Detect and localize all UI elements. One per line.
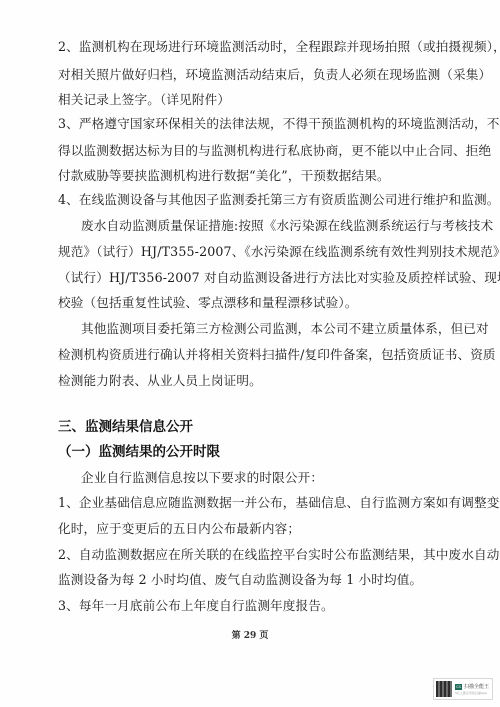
paragraph-line: 2、自动监测数据应在所关联的在线监控平台实时公布监测结果，其中废水自动 [58,547,448,563]
camscanner-logo-icon: CS [455,684,462,690]
scanner-watermark: CS 扫描全能王 3亿人都在用的扫描App [433,678,493,700]
paragraph-line: 4、在线监测设备与其他因子监测委托第三方有资质监测公司进行维护和监测。 [58,192,448,208]
watermark-tagline: 3亿人都在用的扫描App [455,691,489,695]
paragraph-line: 废水自动监测质量保证措施:按照《水污染源在线监测系统运行与考核技术 [81,218,471,234]
subsection-heading: （一）监测结果的公开时限 [58,443,220,461]
watermark-app-name: 扫描全能王 [464,683,489,690]
paragraph-line: 化时，应于变更后的五日内公布最新内容； [58,521,448,537]
paragraph-line: 2、监测机构在现场进行环境监测活动时，全程跟踪并现场拍照（或拍摄视频）， [58,39,448,55]
paragraph-line: 3、每年一月底前公布上年度自行监测年度报告。 [58,598,448,614]
paragraph-line: 付款威胁等要挟监测机构进行数据“美化”，干预数据结果。 [58,168,448,184]
paragraph-line: 校验（包括重复性试验、零点漂移和量程漂移试验）。 [58,295,448,311]
document-page: 2、监测机构在现场进行环境监测活动时，全程跟踪并现场拍照（或拍摄视频）， 对相关… [0,0,500,707]
qr-code-icon [436,681,452,697]
paragraph-line: 企业自行监测信息按以下要求的时限公开： [81,470,471,486]
paragraph-line: 1、企业基础信息应随监测数据一并公布，基础信息、自行监测方案如有调整变 [58,495,448,511]
paragraph-line: 检测机构资质进行确认并将相关资料扫描件/复印件备案，包括资质证书、资质 [58,347,448,363]
paragraph-line: 规范》（试行）HJ/T355-2007、《水污染源在线监测系统有效性判别技术规范… [58,244,448,260]
section-heading: 三、监测结果信息公开 [58,418,193,436]
paragraph-line: 监测设备为每 2 小时均值、废气自动监测设备为每 1 小时均值。 [58,572,448,588]
paragraph-line: 得以监测数据达标为目的与监测机构进行私底协商，更不能以中止合同、拒绝 [58,143,448,159]
paragraph-line: 相关记录上签字。（详见附件） [58,92,448,108]
paragraph-line: 3、严格遵守国家环保相关的法律法规，不得干预监测机构的环境监测活动，不 [58,116,448,132]
paragraph-line: （试行）HJ/T356-2007 对自动监测设备进行方法比对实验及质控样试验、现… [58,270,448,286]
paragraph-line: 其他监测项目委托第三方检测公司监测，本公司不建立质量体系，但已对 [81,321,471,337]
paragraph-line: 检测能力附表、从业人员上岗证明。 [58,373,448,389]
paragraph-line: 对相关照片做好归档，环境监测活动结束后，负责人必须在现场监测（采集） [58,67,448,83]
page-number: 第 29 页 [0,628,500,641]
